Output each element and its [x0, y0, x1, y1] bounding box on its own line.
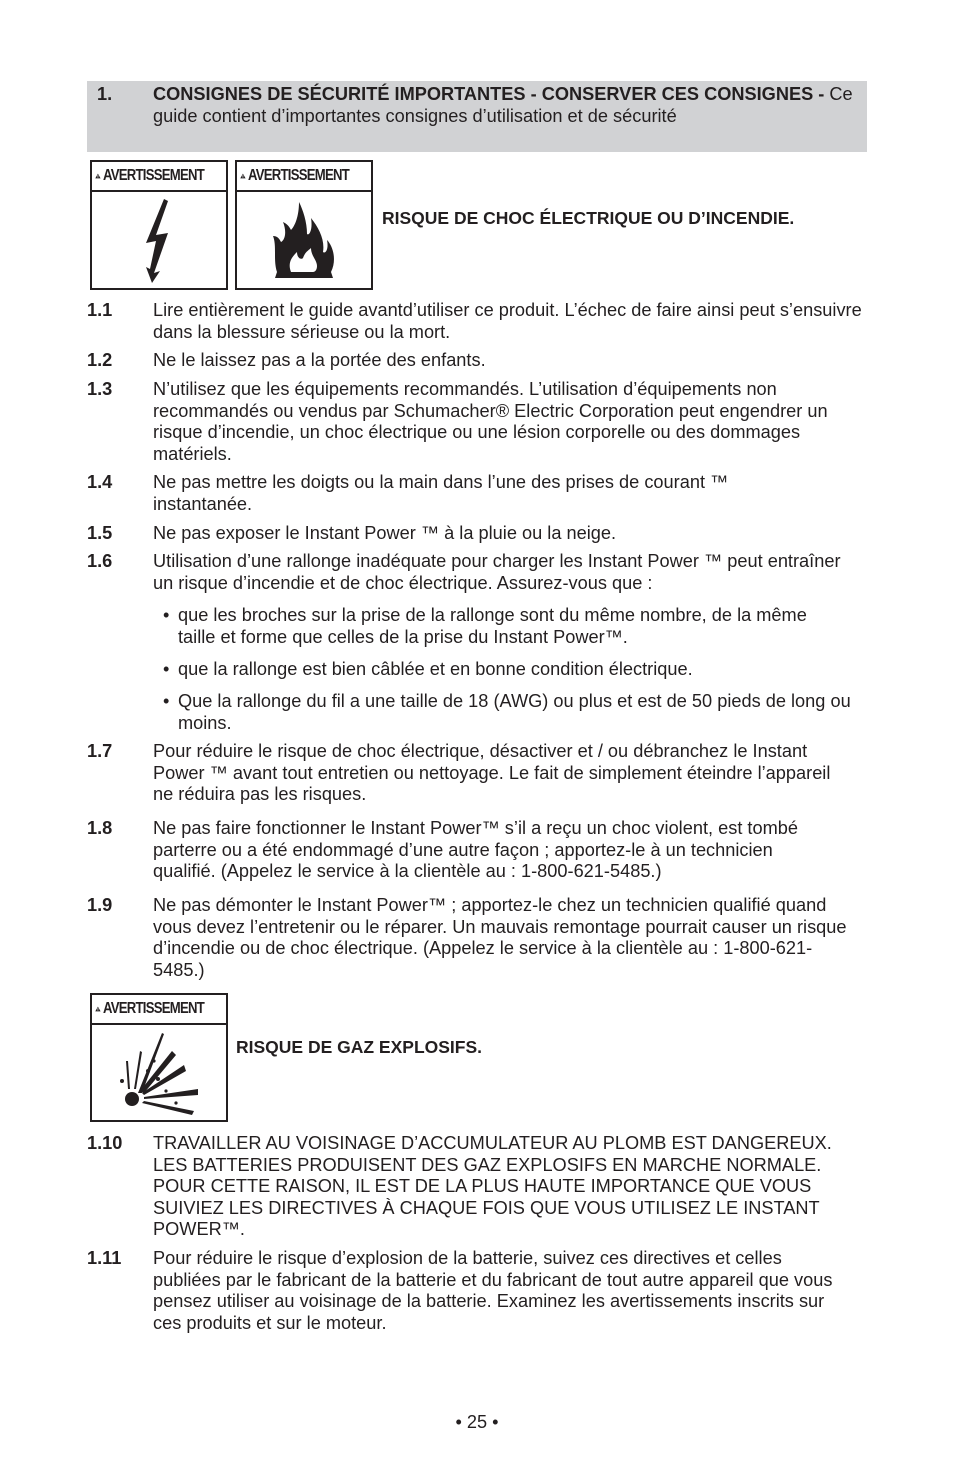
bullet-dot: •	[163, 605, 169, 627]
item-number: 1.5	[87, 523, 147, 545]
item-text: Lire entièrement le guide avantd’utilise…	[153, 300, 868, 343]
bullet-text: que les broches sur la prise de la rallo…	[178, 605, 838, 648]
warning-triangle-icon	[95, 999, 101, 1019]
risk-label-explosive-gas: RISQUE DE GAZ EXPLOSIFS.	[236, 1037, 482, 1059]
item-number: 1.1	[87, 300, 147, 322]
bullet-text: que la rallonge est bien câblée et en bo…	[178, 659, 868, 681]
warning-sign-electric: AVERTISSEMENT	[90, 160, 228, 290]
warning-sign-explosion: AVERTISSEMENT	[90, 993, 228, 1122]
warning-label: AVERTISSEMENT	[103, 165, 204, 187]
item-number: 1.2	[87, 350, 147, 372]
item-number: 1.3	[87, 379, 147, 401]
section-title-bold: CONSIGNES DE SÉCURITÉ IMPORTANTES - CONS…	[153, 84, 824, 104]
manual-page: 1. CONSIGNES DE SÉCURITÉ IMPORTANTES - C…	[0, 0, 954, 1475]
bullet-dot: •	[163, 659, 169, 681]
warning-triangle-icon	[240, 166, 246, 186]
item-number: 1.4	[87, 472, 147, 494]
item-number: 1.11	[87, 1248, 147, 1270]
item-text: N’utilisez que les équipements recommand…	[153, 379, 871, 465]
item-text: Pour réduire le risque de choc électriqu…	[153, 741, 833, 806]
electric-shock-icon	[134, 195, 184, 285]
item-number: 1.9	[87, 895, 147, 917]
warning-banner: AVERTISSEMENT	[92, 162, 226, 192]
warning-label: AVERTISSEMENT	[248, 165, 349, 187]
item-number: 1.8	[87, 818, 147, 840]
warning-label: AVERTISSEMENT	[103, 998, 204, 1020]
item-text: TRAVAILLER AU VOISINAGE D’ACCUMULATEUR A…	[153, 1133, 858, 1241]
item-text: Ne pas faire fonctionner le Instant Powe…	[153, 818, 833, 883]
item-text: Ne pas exposer le Instant Power ™ à la p…	[153, 523, 868, 545]
bullet-dot: •	[163, 691, 169, 713]
item-text: Ne pas démonter le Instant Power™ ; appo…	[153, 895, 858, 981]
section-number: 1.	[97, 84, 112, 106]
warning-banner: AVERTISSEMENT	[237, 162, 371, 192]
risk-label-shock-fire: RISQUE DE CHOC ÉLECTRIQUE OU D’INCENDIE.	[382, 208, 794, 230]
warning-banner: AVERTISSEMENT	[92, 995, 226, 1025]
item-text: Pour réduire le risque d’explosion de la…	[153, 1248, 843, 1334]
item-number: 1.6	[87, 551, 147, 573]
item-text: Utilisation d’une rallonge inadéquate po…	[153, 551, 853, 594]
warning-sign-fire: AVERTISSEMENT	[235, 160, 373, 290]
fire-icon	[269, 200, 339, 280]
section-header: 1. CONSIGNES DE SÉCURITÉ IMPORTANTES - C…	[87, 81, 867, 152]
bullet-text: Que la rallonge du fil a une taille de 1…	[178, 691, 868, 734]
item-number: 1.10	[87, 1133, 147, 1155]
section-title: CONSIGNES DE SÉCURITÉ IMPORTANTES - CONS…	[153, 84, 858, 127]
item-text: Ne le laissez pas a la portée des enfant…	[153, 350, 868, 372]
item-text: Ne pas mettre les doigts ou la main dans…	[153, 472, 813, 515]
item-number: 1.7	[87, 741, 147, 763]
warning-triangle-icon	[95, 166, 101, 186]
page-number: • 25 •	[0, 1412, 954, 1434]
explosion-icon	[114, 1031, 204, 1115]
